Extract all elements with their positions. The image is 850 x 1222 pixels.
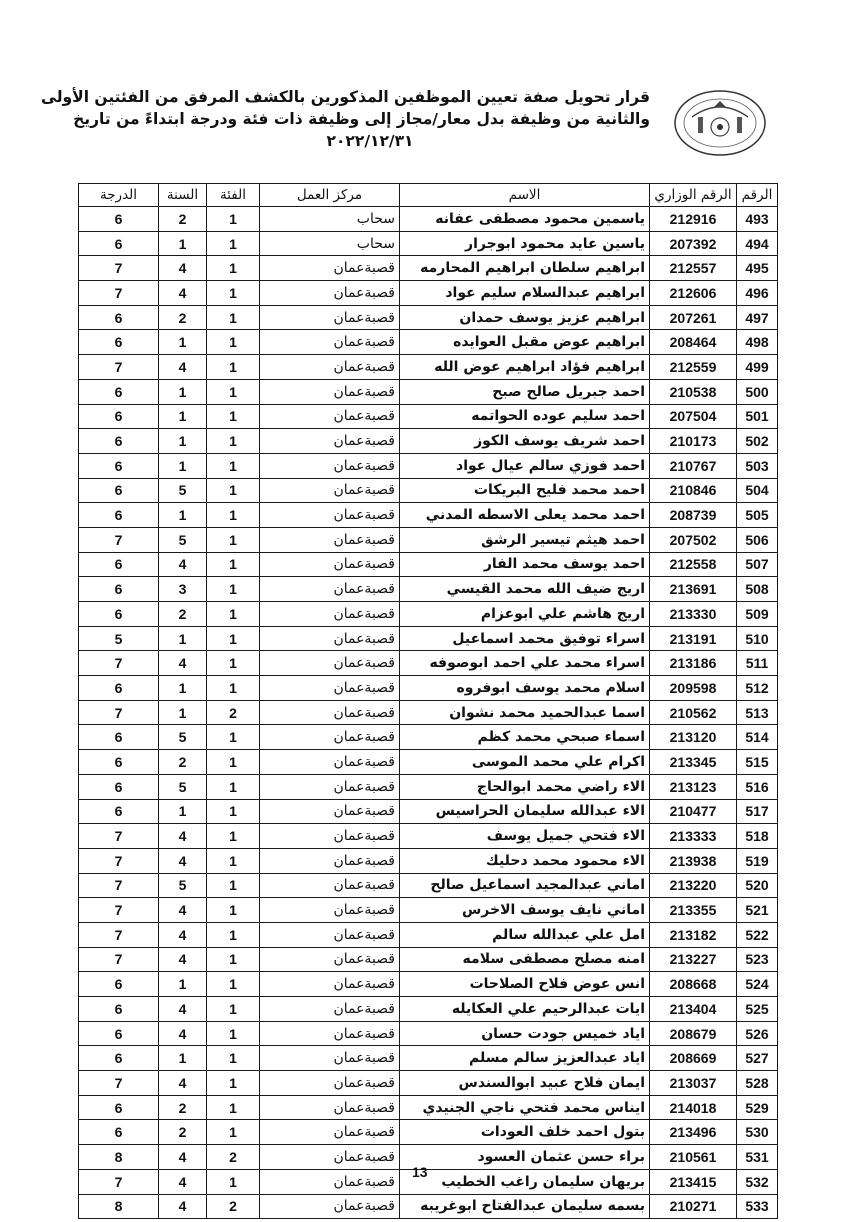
grade-cell: 6 <box>79 330 159 355</box>
row-number-cell: 505 <box>737 503 778 528</box>
row-number-cell: 497 <box>737 305 778 330</box>
employee-name-cell: اسلام محمد يوسف ابوفروه <box>400 676 650 701</box>
ministry-id-cell: 208464 <box>650 330 737 355</box>
row-number-cell: 512 <box>737 676 778 701</box>
category-cell: 1 <box>207 281 260 306</box>
category-cell: 1 <box>207 305 260 330</box>
category-cell: 1 <box>207 453 260 478</box>
year-cell: 4 <box>159 355 207 380</box>
table-row: 513210562اسما عبدالحميد محمد نشوانقصبةعم… <box>79 700 778 725</box>
employee-name-cell: بتول احمد خلف العودات <box>400 1120 650 1145</box>
column-header-year: السنة <box>159 184 207 207</box>
category-cell: 1 <box>207 848 260 873</box>
coat-of-arms-icon <box>670 87 770 159</box>
work-center-cell: قصبةعمان <box>260 626 400 651</box>
table-row: 506207502احمد هيثم تيسير الرشققصبةعمان15… <box>79 527 778 552</box>
category-cell: 1 <box>207 972 260 997</box>
ministry-id-cell: 213220 <box>650 873 737 898</box>
row-number-cell: 509 <box>737 602 778 627</box>
ministry-id-cell: 213345 <box>650 750 737 775</box>
grade-cell: 6 <box>79 774 159 799</box>
employee-name-cell: اريج هاشم علي ابوعزام <box>400 602 650 627</box>
work-center-cell: قصبةعمان <box>260 848 400 873</box>
employee-name-cell: احمد سليم عوده الحواتمه <box>400 404 650 429</box>
work-center-cell: قصبةعمان <box>260 873 400 898</box>
work-center-cell: قصبةعمان <box>260 1169 400 1194</box>
category-cell: 1 <box>207 552 260 577</box>
employee-name-cell: ابراهيم عزيز يوسف حمدان <box>400 305 650 330</box>
row-number-cell: 518 <box>737 824 778 849</box>
grade-cell: 7 <box>79 281 159 306</box>
title-date: ٢٠٢٢/١٢/٣١ <box>90 130 650 152</box>
employee-name-cell: امنه مصلح مصطفى سلامه <box>400 947 650 972</box>
work-center-cell: قصبةعمان <box>260 725 400 750</box>
row-number-cell: 514 <box>737 725 778 750</box>
ministry-id-cell: 207502 <box>650 527 737 552</box>
year-cell: 4 <box>159 1169 207 1194</box>
ministry-id-cell: 212558 <box>650 552 737 577</box>
employee-name-cell: اسراء توفيق محمد اسماعيل <box>400 626 650 651</box>
table-row: 517210477الاء عبدالله سليمان الحراسيسقصب… <box>79 799 778 824</box>
ministry-id-cell: 208679 <box>650 1021 737 1046</box>
work-center-cell: قصبةعمان <box>260 1194 400 1219</box>
row-number-cell: 495 <box>737 256 778 281</box>
work-center-cell: قصبةعمان <box>260 404 400 429</box>
employee-name-cell: الاء فتحي جميل يوسف <box>400 824 650 849</box>
row-number-cell: 511 <box>737 651 778 676</box>
category-cell: 1 <box>207 404 260 429</box>
category-cell: 1 <box>207 379 260 404</box>
category-cell: 1 <box>207 503 260 528</box>
table-row: 519213938الاء محمود محمد دحليكقصبةعمان14… <box>79 848 778 873</box>
table-row: 520213220اماني عبدالمجيد اسماعيل صالحقصب… <box>79 873 778 898</box>
table-row: 495212557ابراهيم سلطان ابراهيم المحارمهق… <box>79 256 778 281</box>
row-number-cell: 503 <box>737 453 778 478</box>
year-cell: 4 <box>159 1071 207 1096</box>
year-cell: 1 <box>159 503 207 528</box>
grade-cell: 6 <box>79 552 159 577</box>
table-row: 531210561براء حسن عثمان العسودقصبةعمان24… <box>79 1145 778 1170</box>
row-number-cell: 522 <box>737 922 778 947</box>
row-number-cell: 517 <box>737 799 778 824</box>
row-number-cell: 530 <box>737 1120 778 1145</box>
work-center-cell: قصبةعمان <box>260 552 400 577</box>
work-center-cell: قصبةعمان <box>260 1095 400 1120</box>
ministry-id-cell: 213227 <box>650 947 737 972</box>
ministry-id-cell: 213496 <box>650 1120 737 1145</box>
ministry-id-cell: 213191 <box>650 626 737 651</box>
year-cell: 1 <box>159 626 207 651</box>
row-number-cell: 532 <box>737 1169 778 1194</box>
category-cell: 1 <box>207 922 260 947</box>
grade-cell: 6 <box>79 379 159 404</box>
table-row: 527208669اياد عبدالعزيز سالم مسلمقصبةعما… <box>79 1046 778 1071</box>
ministry-id-cell: 210538 <box>650 379 737 404</box>
grade-cell: 6 <box>79 503 159 528</box>
category-cell: 1 <box>207 1046 260 1071</box>
ministry-id-cell: 213333 <box>650 824 737 849</box>
row-number-cell: 498 <box>737 330 778 355</box>
grade-cell: 6 <box>79 404 159 429</box>
work-center-cell: قصبةعمان <box>260 527 400 552</box>
employee-name-cell: الاء محمود محمد دحليك <box>400 848 650 873</box>
ministry-id-cell: 210562 <box>650 700 737 725</box>
row-number-cell: 526 <box>737 1021 778 1046</box>
category-cell: 1 <box>207 651 260 676</box>
employee-name-cell: احمد يوسف محمد الفار <box>400 552 650 577</box>
row-number-cell: 496 <box>737 281 778 306</box>
work-center-cell: قصبةعمان <box>260 774 400 799</box>
category-cell: 1 <box>207 774 260 799</box>
row-number-cell: 510 <box>737 626 778 651</box>
year-cell: 4 <box>159 1194 207 1219</box>
work-center-cell: قصبةعمان <box>260 947 400 972</box>
row-number-cell: 516 <box>737 774 778 799</box>
table-row: 526208679اياد خميس جودت حسانقصبةعمان146 <box>79 1021 778 1046</box>
category-cell: 1 <box>207 676 260 701</box>
work-center-cell: قصبةعمان <box>260 256 400 281</box>
work-center-cell: قصبةعمان <box>260 577 400 602</box>
employee-name-cell: اسماء صبحي محمد كظم <box>400 725 650 750</box>
table-row: 501207504احمد سليم عوده الحواتمهقصبةعمان… <box>79 404 778 429</box>
year-cell: 1 <box>159 404 207 429</box>
category-cell: 2 <box>207 1194 260 1219</box>
category-cell: 1 <box>207 602 260 627</box>
category-cell: 1 <box>207 478 260 503</box>
category-cell: 1 <box>207 577 260 602</box>
table-row: 514213120اسماء صبحي محمد كظمقصبةعمان156 <box>79 725 778 750</box>
category-cell: 1 <box>207 1071 260 1096</box>
year-cell: 4 <box>159 552 207 577</box>
work-center-cell: قصبةعمان <box>260 355 400 380</box>
work-center-cell: قصبةعمان <box>260 824 400 849</box>
table-row: 532213415بريهان سليمان راغب الخطيبقصبةعم… <box>79 1169 778 1194</box>
grade-cell: 6 <box>79 478 159 503</box>
grade-cell: 7 <box>79 922 159 947</box>
ministry-id-cell: 210561 <box>650 1145 737 1170</box>
year-cell: 4 <box>159 898 207 923</box>
employee-name-cell: احمد هيثم تيسير الرشق <box>400 527 650 552</box>
ministry-id-cell: 213186 <box>650 651 737 676</box>
employee-name-cell: احمد شريف يوسف الكوز <box>400 429 650 454</box>
ministry-id-cell: 212916 <box>650 207 737 232</box>
year-cell: 1 <box>159 700 207 725</box>
grade-cell: 7 <box>79 700 159 725</box>
grade-cell: 6 <box>79 750 159 775</box>
category-cell: 1 <box>207 429 260 454</box>
category-cell: 1 <box>207 1021 260 1046</box>
category-cell: 1 <box>207 207 260 232</box>
employee-name-cell: بسمه سليمان عبدالفتاح ابوغريبه <box>400 1194 650 1219</box>
employee-name-cell: براء حسن عثمان العسود <box>400 1145 650 1170</box>
row-number-cell: 519 <box>737 848 778 873</box>
row-number-cell: 499 <box>737 355 778 380</box>
work-center-cell: قصبةعمان <box>260 1120 400 1145</box>
table-row: 493212916ياسمين محمود مصطفى عفانهسحاب126 <box>79 207 778 232</box>
ministry-id-cell: 208739 <box>650 503 737 528</box>
employee-name-cell: اماني نايف يوسف الاخرس <box>400 898 650 923</box>
column-header-name: الاسم <box>400 184 650 207</box>
ministry-id-cell: 210173 <box>650 429 737 454</box>
work-center-cell: قصبةعمان <box>260 676 400 701</box>
row-number-cell: 502 <box>737 429 778 454</box>
grade-cell: 6 <box>79 1021 159 1046</box>
ministry-id-cell: 213404 <box>650 997 737 1022</box>
work-center-cell: قصبةعمان <box>260 700 400 725</box>
work-center-cell: قصبةعمان <box>260 799 400 824</box>
year-cell: 1 <box>159 330 207 355</box>
table-row: 504210846احمد محمد فليح البريكاتقصبةعمان… <box>79 478 778 503</box>
work-center-cell: قصبةعمان <box>260 972 400 997</box>
ministry-id-cell: 210477 <box>650 799 737 824</box>
employee-name-cell: ايناس محمد فتحي ناجي الجنيدي <box>400 1095 650 1120</box>
category-cell: 1 <box>207 256 260 281</box>
ministry-id-cell: 210846 <box>650 478 737 503</box>
year-cell: 4 <box>159 997 207 1022</box>
row-number-cell: 493 <box>737 207 778 232</box>
employee-name-cell: اياد خميس جودت حسان <box>400 1021 650 1046</box>
year-cell: 1 <box>159 1046 207 1071</box>
employee-name-cell: الاء عبدالله سليمان الحراسيس <box>400 799 650 824</box>
year-cell: 5 <box>159 725 207 750</box>
year-cell: 5 <box>159 873 207 898</box>
employee-name-cell: الاء راضي محمد ابوالحاج <box>400 774 650 799</box>
year-cell: 1 <box>159 972 207 997</box>
employee-name-cell: ايات عبدالرحيم علي العكايله <box>400 997 650 1022</box>
grade-cell: 6 <box>79 997 159 1022</box>
ministry-id-cell: 208669 <box>650 1046 737 1071</box>
grade-cell: 6 <box>79 577 159 602</box>
table-row: 533210271بسمه سليمان عبدالفتاح ابوغريبهق… <box>79 1194 778 1219</box>
work-center-cell: قصبةعمان <box>260 379 400 404</box>
ministry-id-cell: 208668 <box>650 972 737 997</box>
category-cell: 1 <box>207 898 260 923</box>
table-header-row: الرقم الرقم الوزاري الاسم مركز العمل الف… <box>79 184 778 207</box>
grade-cell: 7 <box>79 1169 159 1194</box>
table-row: 509213330اريج هاشم علي ابوعزامقصبةعمان12… <box>79 602 778 627</box>
year-cell: 2 <box>159 1095 207 1120</box>
work-center-cell: قصبةعمان <box>260 997 400 1022</box>
grade-cell: 7 <box>79 527 159 552</box>
row-number-cell: 527 <box>737 1046 778 1071</box>
year-cell: 2 <box>159 305 207 330</box>
category-cell: 1 <box>207 873 260 898</box>
year-cell: 4 <box>159 848 207 873</box>
year-cell: 2 <box>159 207 207 232</box>
category-cell: 1 <box>207 1120 260 1145</box>
grade-cell: 6 <box>79 725 159 750</box>
grade-cell: 8 <box>79 1194 159 1219</box>
row-number-cell: 528 <box>737 1071 778 1096</box>
table-row: 497207261ابراهيم عزيز يوسف حمدانقصبةعمان… <box>79 305 778 330</box>
employee-name-cell: ايمان فلاح عبيد ابوالسندس <box>400 1071 650 1096</box>
table-row: 512209598اسلام محمد يوسف ابوفروهقصبةعمان… <box>79 676 778 701</box>
year-cell: 1 <box>159 799 207 824</box>
employee-name-cell: امل علي عبدالله سالم <box>400 922 650 947</box>
employee-name-cell: احمد محمد يعلى الاسطه المدني <box>400 503 650 528</box>
year-cell: 1 <box>159 379 207 404</box>
category-cell: 1 <box>207 824 260 849</box>
employee-table: الرقم الرقم الوزاري الاسم مركز العمل الف… <box>78 183 778 1219</box>
work-center-cell: قصبةعمان <box>260 453 400 478</box>
row-number-cell: 513 <box>737 700 778 725</box>
work-center-cell: قصبةعمان <box>260 1046 400 1071</box>
table-row: 503210767احمد فوزي سالم عيال عوادقصبةعما… <box>79 453 778 478</box>
employee-name-cell: اريج ضيف الله محمد القيسي <box>400 577 650 602</box>
ministry-id-cell: 214018 <box>650 1095 737 1120</box>
ministry-id-cell: 213330 <box>650 602 737 627</box>
employee-name-cell: اماني عبدالمجيد اسماعيل صالح <box>400 873 650 898</box>
ministry-id-cell: 207504 <box>650 404 737 429</box>
category-cell: 1 <box>207 527 260 552</box>
year-cell: 4 <box>159 922 207 947</box>
work-center-cell: قصبةعمان <box>260 429 400 454</box>
table-row: 529214018ايناس محمد فتحي ناجي الجنيديقصب… <box>79 1095 778 1120</box>
ministry-id-cell: 207392 <box>650 231 737 256</box>
category-cell: 1 <box>207 750 260 775</box>
category-cell: 1 <box>207 997 260 1022</box>
grade-cell: 6 <box>79 972 159 997</box>
ministry-id-cell: 213691 <box>650 577 737 602</box>
category-cell: 2 <box>207 1145 260 1170</box>
year-cell: 5 <box>159 774 207 799</box>
year-cell: 1 <box>159 453 207 478</box>
year-cell: 2 <box>159 602 207 627</box>
year-cell: 3 <box>159 577 207 602</box>
ministry-id-cell: 213938 <box>650 848 737 873</box>
table-row: 505208739احمد محمد يعلى الاسطه المدنيقصب… <box>79 503 778 528</box>
employee-name-cell: انس عوض فلاح الصلاحات <box>400 972 650 997</box>
row-number-cell: 525 <box>737 997 778 1022</box>
table-row: 510213191اسراء توفيق محمد اسماعيلقصبةعما… <box>79 626 778 651</box>
work-center-cell: قصبةعمان <box>260 651 400 676</box>
employee-name-cell: ياسين عايد محمود ابوجرار <box>400 231 650 256</box>
table-row: 498208464ابراهيم عوض مقبل العوايدهقصبةعم… <box>79 330 778 355</box>
table-row: 528213037ايمان فلاح عبيد ابوالسندسقصبةعم… <box>79 1071 778 1096</box>
grade-cell: 6 <box>79 602 159 627</box>
row-number-cell: 500 <box>737 379 778 404</box>
document-title: قرار تحويل صفة تعيين الموظفين المذكورين … <box>90 86 650 152</box>
year-cell: 4 <box>159 824 207 849</box>
grade-cell: 8 <box>79 1145 159 1170</box>
table-row: 525213404ايات عبدالرحيم علي العكايلهقصبة… <box>79 997 778 1022</box>
grade-cell: 7 <box>79 1071 159 1096</box>
ministry-id-cell: 210767 <box>650 453 737 478</box>
employee-name-cell: ابراهيم عوض مقبل العوايده <box>400 330 650 355</box>
grade-cell: 7 <box>79 848 159 873</box>
column-header-ministry-id: الرقم الوزاري <box>650 184 737 207</box>
ministry-id-cell: 213037 <box>650 1071 737 1096</box>
row-number-cell: 501 <box>737 404 778 429</box>
grade-cell: 7 <box>79 947 159 972</box>
title-line-1: قرار تحويل صفة تعيين الموظفين المذكورين … <box>90 86 650 108</box>
work-center-cell: قصبةعمان <box>260 750 400 775</box>
table-row: 524208668انس عوض فلاح الصلاحاتقصبةعمان11… <box>79 972 778 997</box>
table-row: 516213123الاء راضي محمد ابوالحاجقصبةعمان… <box>79 774 778 799</box>
column-header-work-center: مركز العمل <box>260 184 400 207</box>
title-line-2: والثانية من وظيفة بدل معار/مجاز إلى وظيف… <box>90 108 650 130</box>
work-center-cell: قصبةعمان <box>260 330 400 355</box>
grade-cell: 6 <box>79 305 159 330</box>
row-number-cell: 507 <box>737 552 778 577</box>
year-cell: 4 <box>159 1145 207 1170</box>
employee-name-cell: احمد جبريل صالح صبح <box>400 379 650 404</box>
year-cell: 5 <box>159 527 207 552</box>
table-row: 523213227امنه مصلح مصطفى سلامهقصبةعمان14… <box>79 947 778 972</box>
row-number-cell: 504 <box>737 478 778 503</box>
grade-cell: 6 <box>79 453 159 478</box>
row-number-cell: 523 <box>737 947 778 972</box>
year-cell: 2 <box>159 1120 207 1145</box>
grade-cell: 6 <box>79 231 159 256</box>
table-row: 518213333الاء فتحي جميل يوسفقصبةعمان147 <box>79 824 778 849</box>
employee-name-cell: احمد فوزي سالم عيال عواد <box>400 453 650 478</box>
work-center-cell: قصبةعمان <box>260 1071 400 1096</box>
employee-name-cell: اسما عبدالحميد محمد نشوان <box>400 700 650 725</box>
category-cell: 1 <box>207 799 260 824</box>
table-row: 499212559ابراهيم فؤاد ابراهيم عوض اللهقص… <box>79 355 778 380</box>
ministry-id-cell: 212559 <box>650 355 737 380</box>
grade-cell: 6 <box>79 429 159 454</box>
work-center-cell: قصبةعمان <box>260 305 400 330</box>
column-header-category: الفئة <box>207 184 260 207</box>
work-center-cell: قصبةعمان <box>260 1145 400 1170</box>
row-number-cell: 494 <box>737 231 778 256</box>
year-cell: 2 <box>159 750 207 775</box>
row-number-cell: 524 <box>737 972 778 997</box>
table-row: 511213186اسراء محمد علي احمد ابوصوفهقصبة… <box>79 651 778 676</box>
year-cell: 1 <box>159 429 207 454</box>
category-cell: 1 <box>207 355 260 380</box>
table-row: 500210538احمد جبريل صالح صبحقصبةعمان116 <box>79 379 778 404</box>
row-number-cell: 515 <box>737 750 778 775</box>
employee-name-cell: احمد محمد فليح البريكات <box>400 478 650 503</box>
work-center-cell: قصبةعمان <box>260 281 400 306</box>
row-number-cell: 506 <box>737 527 778 552</box>
year-cell: 4 <box>159 1021 207 1046</box>
grade-cell: 7 <box>79 824 159 849</box>
column-header-no: الرقم <box>737 184 778 207</box>
category-cell: 1 <box>207 330 260 355</box>
work-center-cell: قصبةعمان <box>260 1021 400 1046</box>
employee-name-cell: اسراء محمد علي احمد ابوصوفه <box>400 651 650 676</box>
row-number-cell: 531 <box>737 1145 778 1170</box>
grade-cell: 6 <box>79 799 159 824</box>
table-row: 522213182امل علي عبدالله سالمقصبةعمان147 <box>79 922 778 947</box>
row-number-cell: 520 <box>737 873 778 898</box>
work-center-cell: سحاب <box>260 231 400 256</box>
grade-cell: 7 <box>79 256 159 281</box>
employee-name-cell: اياد عبدالعزيز سالم مسلم <box>400 1046 650 1071</box>
ministry-id-cell: 210271 <box>650 1194 737 1219</box>
ministry-id-cell: 213182 <box>650 922 737 947</box>
category-cell: 1 <box>207 1169 260 1194</box>
grade-cell: 7 <box>79 873 159 898</box>
ministry-id-cell: 212606 <box>650 281 737 306</box>
employee-name-cell: بريهان سليمان راغب الخطيب <box>400 1169 650 1194</box>
row-number-cell: 521 <box>737 898 778 923</box>
employee-name-cell: ياسمين محمود مصطفى عفانه <box>400 207 650 232</box>
row-number-cell: 529 <box>737 1095 778 1120</box>
category-cell: 1 <box>207 1095 260 1120</box>
ministry-id-cell: 213355 <box>650 898 737 923</box>
ministry-id-cell: 213415 <box>650 1169 737 1194</box>
grade-cell: 6 <box>79 1120 159 1145</box>
category-cell: 2 <box>207 700 260 725</box>
work-center-cell: سحاب <box>260 207 400 232</box>
table-row: 507212558احمد يوسف محمد الفارقصبةعمان146 <box>79 552 778 577</box>
year-cell: 4 <box>159 651 207 676</box>
